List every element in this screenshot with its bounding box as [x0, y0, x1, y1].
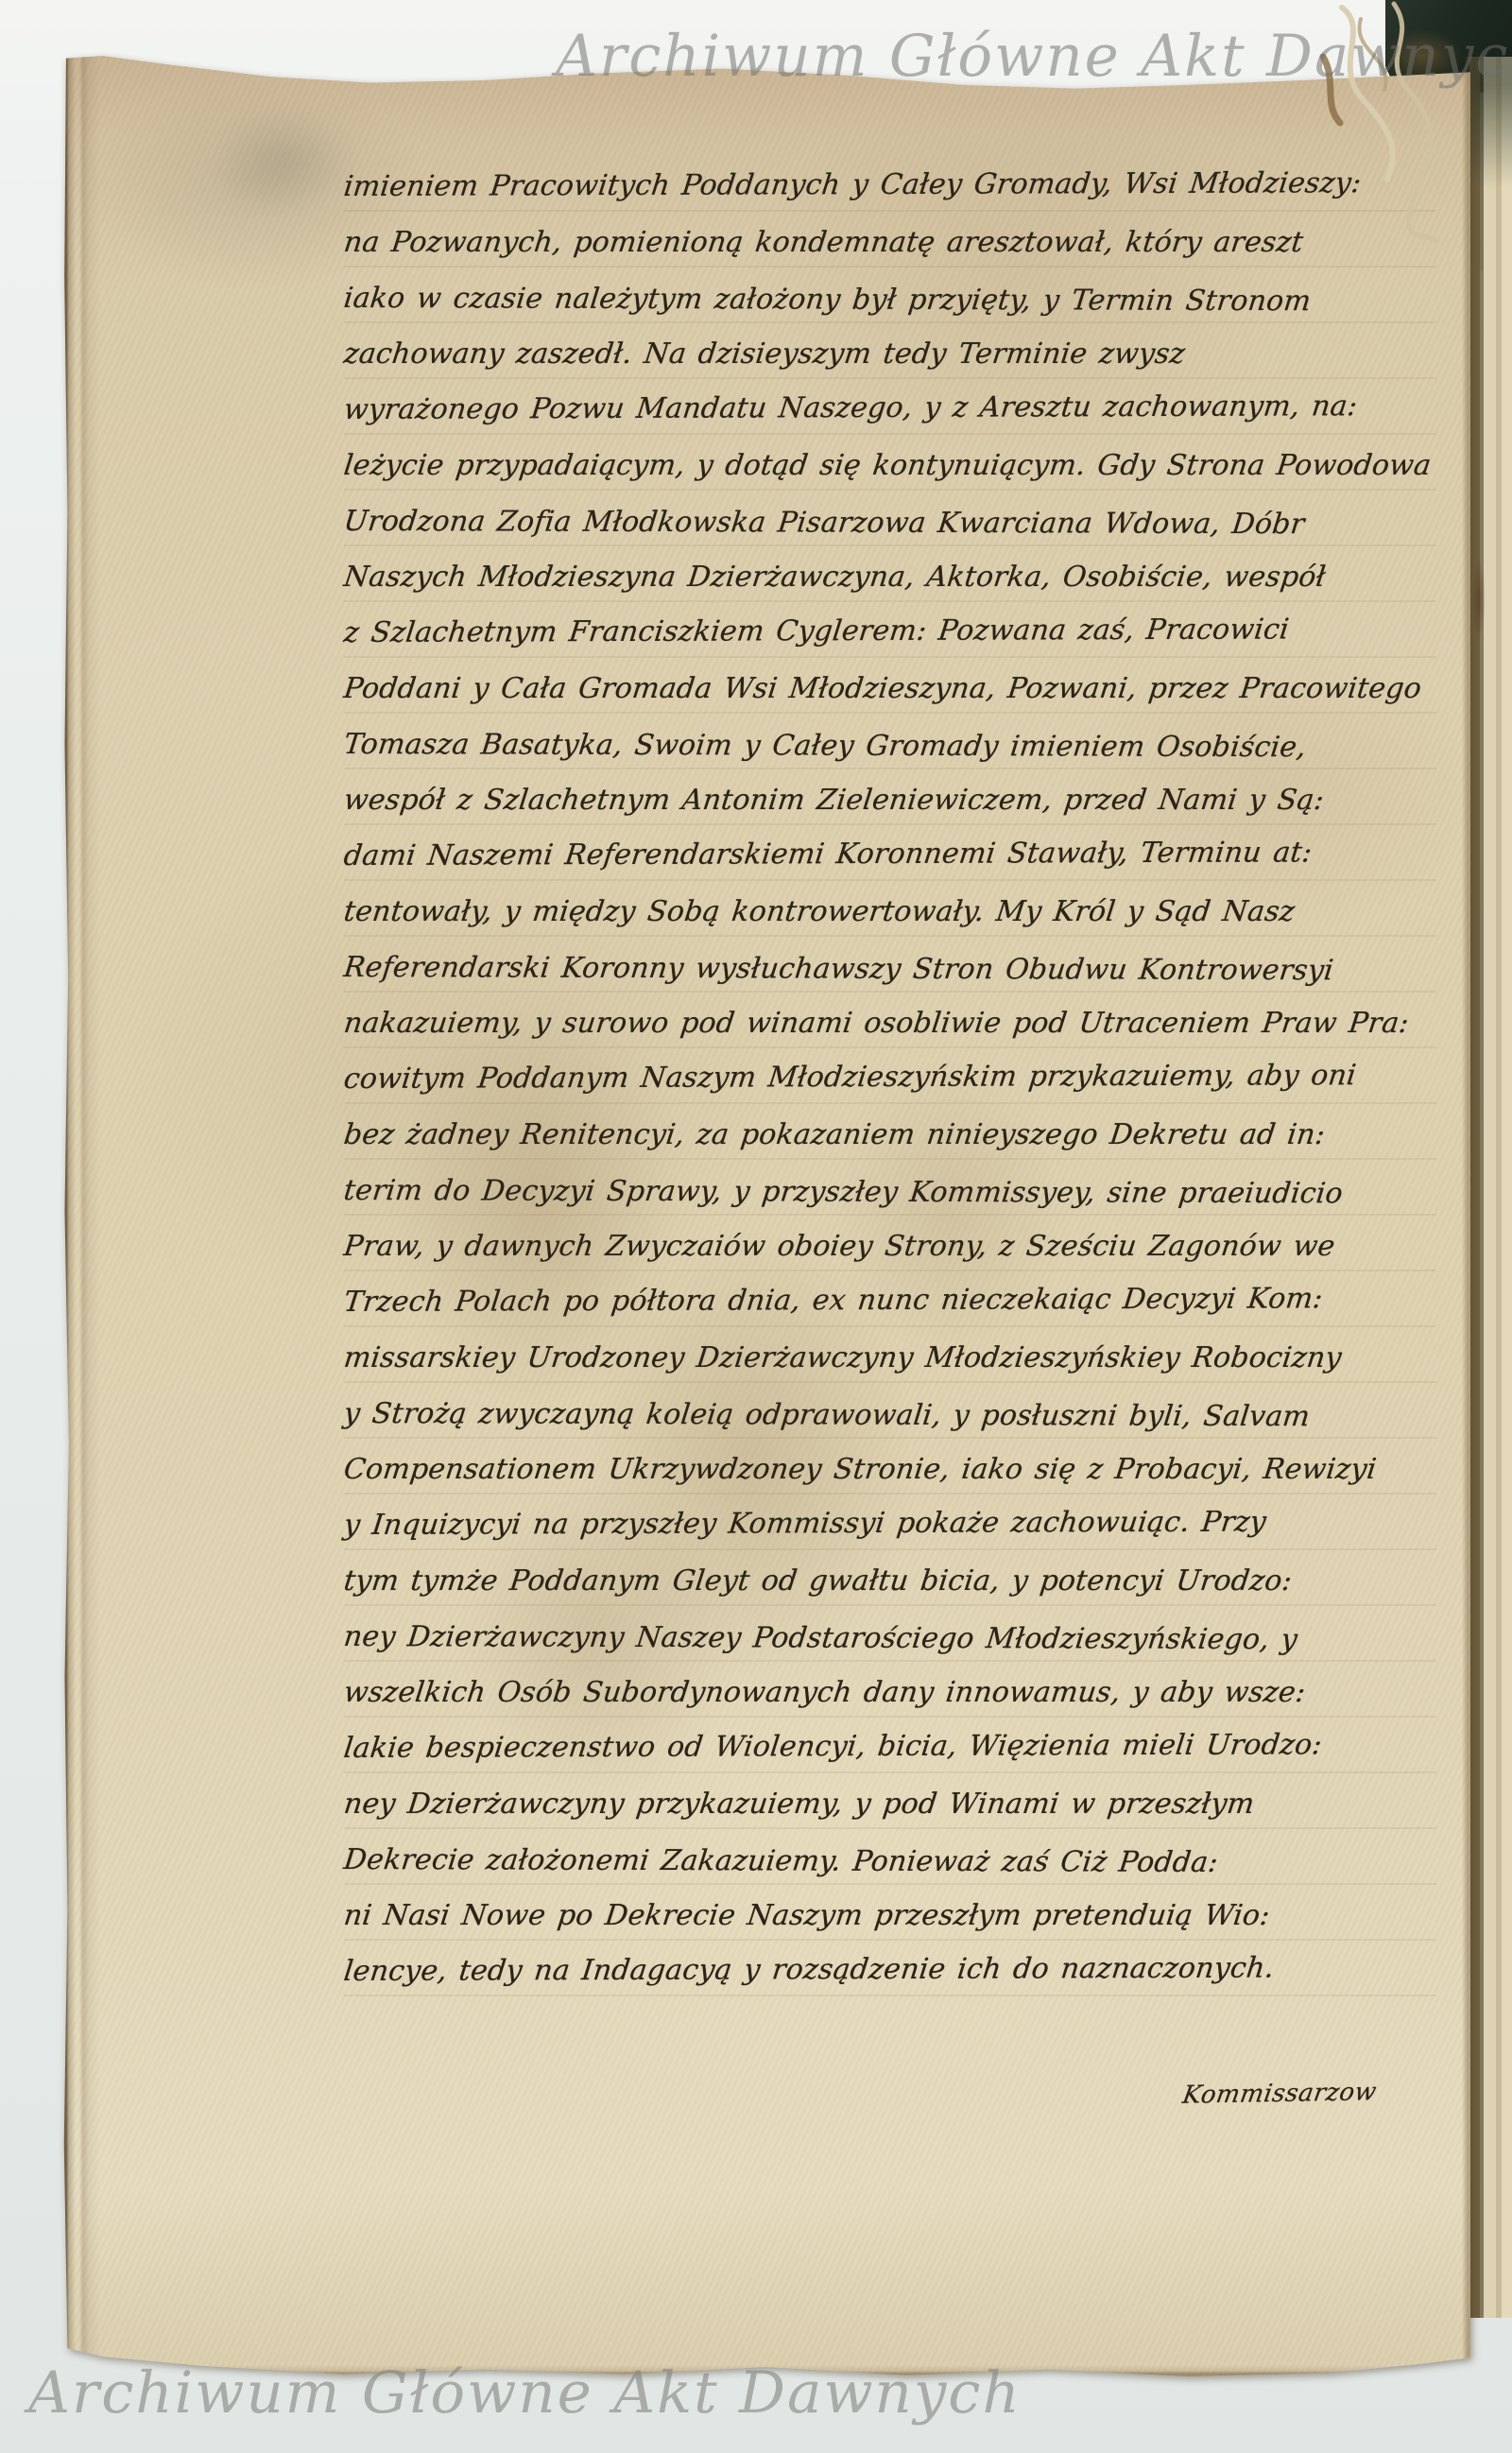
manuscript-line: terim do Decyzyi Sprawy, y przyszłey Kom…: [341, 1163, 1439, 1222]
manuscript-line: nakazuiemy, y surowo pod winami osobliwi…: [340, 995, 1439, 1051]
manuscript-line: wszelkich Osób Subordynowanych dany inno…: [340, 1665, 1439, 1720]
manuscript-line: y Inquizycyi na przyszłey Kommissyi poka…: [340, 1494, 1440, 1553]
manuscript-line: y Strożą zwyczayną koleią odprawowali, y…: [341, 1386, 1439, 1445]
manuscript-paper: imieniem Pracowitych Poddanych y Całey G…: [60, 45, 1470, 2376]
dirt-smudge: [212, 108, 353, 212]
manuscript-line: na Pozwanych, pomienioną kondemnatę ares…: [340, 215, 1439, 270]
manuscript-line: bez żadney Renitencyi, za pokazaniem nin…: [340, 1107, 1439, 1163]
manuscript-line: Poddani y Cała Gromada Wsi Młodzieszyna,…: [340, 661, 1439, 717]
manuscript-line: tentowały, y między Sobą kontrowertowały…: [340, 884, 1439, 940]
manuscript-line: missarskiey Urodzoney Dzierżawczyny Młod…: [340, 1330, 1439, 1386]
manuscript-line: cowitym Poddanym Naszym Młodzieszyńskim …: [340, 1047, 1440, 1107]
manuscript-line: tym tymże Poddanym Gleyt od gwałtu bicia…: [340, 1553, 1439, 1609]
manuscript-line: Praw, y dawnych Zwyczaiów oboiey Strony,…: [340, 1218, 1439, 1274]
manuscript-line: ni Nasi Nowe po Dekrecie Naszym przeszły…: [340, 1888, 1439, 1943]
manuscript-line: Naszych Młodzieszyna Dzierżawczyna, Akto…: [340, 549, 1439, 605]
manuscript-line: lencye, tedy na Indagacyą y rozsądzenie …: [340, 1940, 1440, 1999]
manuscript-line: zachowany zaszedł. Na dzisieyszym tedy T…: [340, 326, 1439, 382]
manuscript-line: Dekrecie założonemi Zakazuiemy. Ponieważ…: [341, 1832, 1439, 1892]
manuscript-line: lakie bespieczenstwo od Wiolencyi, bicia…: [340, 1717, 1440, 1776]
manuscript-line: wespół z Szlachetnym Antonim Zieleniewic…: [340, 772, 1439, 828]
page-edge-strip: [1465, 57, 1512, 2318]
manuscript-line: Compensationem Ukrzywdzoney Stronie, iak…: [340, 1442, 1439, 1497]
catchword: Kommissarzow: [1180, 2078, 1379, 2110]
manuscript-line: Trzech Polach po półtora dnia, ex nunc n…: [340, 1270, 1440, 1330]
manuscript-line: z Szlachetnym Franciszkiem Cyglerem: Poz…: [340, 601, 1440, 661]
manuscript-line: iako w czasie należytym założony był prz…: [341, 270, 1439, 330]
manuscript-line: wyrażonego Pozwu Mandatu Naszego, y z Ar…: [340, 378, 1440, 438]
manuscript-line: dami Naszemi Referendarskiemi Koronnemi …: [340, 824, 1440, 884]
manuscript-line: ney Dzierżawczyny Naszey Podstarościego …: [341, 1609, 1439, 1668]
manuscript-line: imieniem Pracowitych Poddanych y Całey G…: [340, 155, 1440, 215]
manuscript-line: Tomasza Basatyka, Swoim y Całey Gromady …: [341, 717, 1439, 776]
manuscript-line: ney Dzierżawczyny przykazuiemy, y pod Wi…: [340, 1776, 1439, 1832]
manuscript-line: leżycie przypadaiącym, y dotąd się konty…: [340, 438, 1439, 493]
scanned-page: imieniem Pracowitych Poddanych y Całey G…: [0, 0, 1512, 2453]
manuscript-line: Referendarski Koronny wysłuchawszy Stron…: [341, 940, 1439, 999]
manuscript-line: Urodzona Zofia Młodkowska Pisarzowa Kwar…: [341, 493, 1439, 553]
manuscript-text-block: imieniem Pracowitych Poddanych y Całey G…: [344, 159, 1436, 1999]
